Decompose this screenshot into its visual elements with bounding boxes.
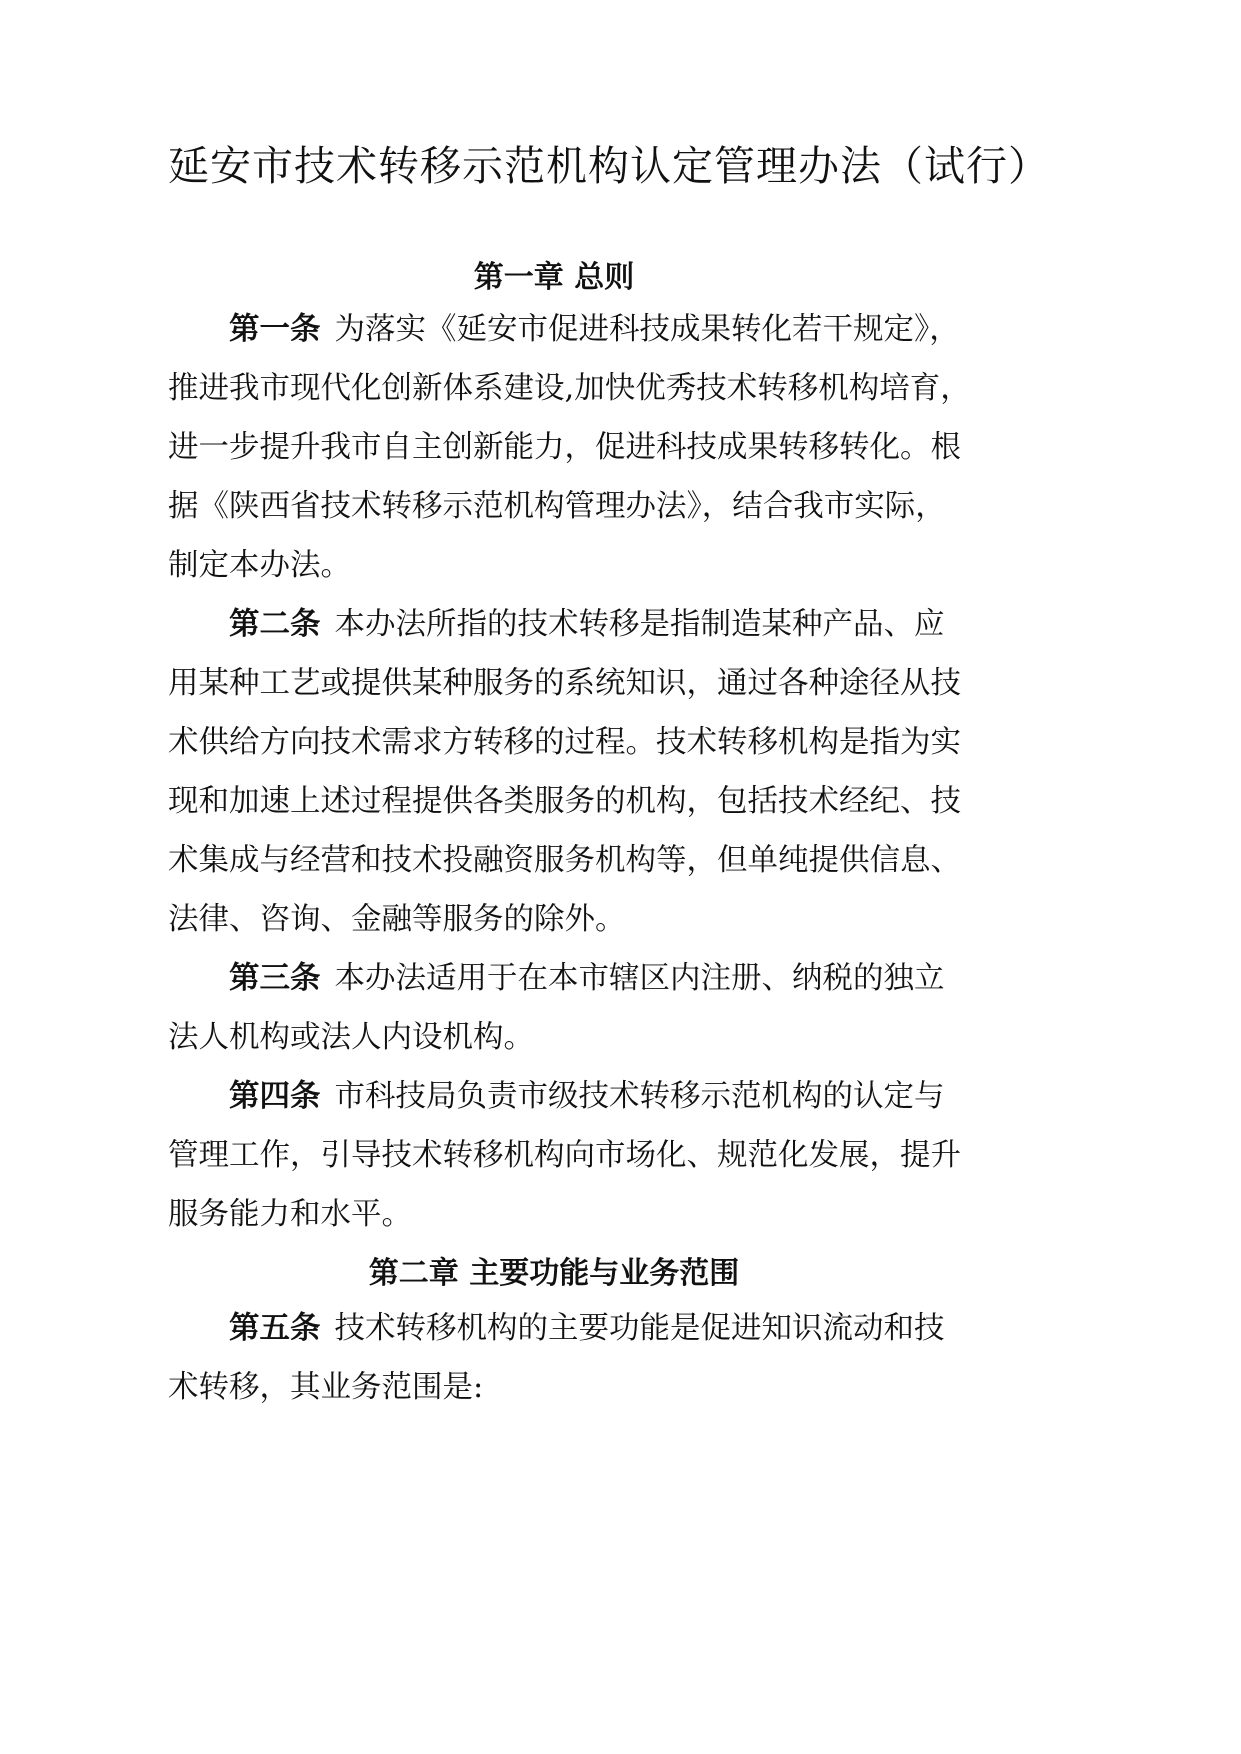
article-label: 第二条 [229, 607, 321, 642]
article-first-line: 第五条技术转移机构的主要功能是促进知识流动和技 [229, 1309, 940, 1349]
article-text: 本办法所指的技术转移是指制造某种产品、应 [335, 607, 945, 642]
article-line: 制定本办法。 [168, 546, 940, 586]
document-title: 延安市技术转移示范机构认定管理办法（试行） [168, 138, 948, 194]
article-first-line: 第一条为落实《延安市促进科技成果转化若干规定》， [229, 310, 940, 350]
article-line: 术转移，其业务范围是: [168, 1368, 940, 1408]
article-text: 市科技局负责市级技术转移示范机构的认定与 [335, 1079, 945, 1114]
chapter-heading: 第二章 主要功能与业务范围 [168, 1254, 940, 1294]
article-label: 第三条 [229, 961, 321, 996]
article-line: 法人机构或法人内设机构。 [168, 1018, 940, 1058]
article-first-line: 第四条市科技局负责市级技术转移示范机构的认定与 [229, 1077, 940, 1117]
chapter-heading: 第一章 总则 [168, 258, 940, 298]
article-line: 服务能力和水平。 [168, 1195, 940, 1235]
article-line: 推进我市现代化创新体系建设,加快优秀技术转移机构培育， [168, 369, 940, 409]
article-text: 为落实《延安市促进科技成果转化若干规定》， [335, 312, 960, 347]
article-line: 现和加速上述过程提供各类服务的机构，包括技术经纪、技 [168, 782, 940, 822]
article-label: 第一条 [229, 312, 321, 347]
article-label: 第四条 [229, 1079, 321, 1114]
article-label: 第五条 [229, 1311, 321, 1346]
article-text: 技术转移机构的主要功能是促进知识流动和技 [335, 1311, 945, 1346]
article-line: 法律、咨询、金融等服务的除外。 [168, 900, 940, 940]
article-line: 进一步提升我市自主创新能力，促进科技成果转移转化。根 [168, 428, 940, 468]
article-line: 术供给方向技术需求方转移的过程。技术转移机构是指为实 [168, 723, 940, 763]
article-first-line: 第三条本办法适用于在本市辖区内注册、纳税的独立 [229, 959, 940, 999]
document-page: 延安市技术转移示范机构认定管理办法（试行） 第一章 总则 第一条为落实《延安市促… [0, 0, 1241, 1754]
article-line: 据《陕西省技术转移示范机构管理办法》，结合我市实际， [168, 487, 940, 527]
article-line: 用某种工艺或提供某种服务的系统知识，通过各种途径从技 [168, 664, 940, 704]
article-line: 管理工作，引导技术转移机构向市场化、规范化发展，提升 [168, 1136, 940, 1176]
article-line: 术集成与经营和技术投融资服务机构等，但单纯提供信息、 [168, 841, 940, 881]
article-first-line: 第二条本办法所指的技术转移是指制造某种产品、应 [229, 605, 940, 645]
article-text: 本办法适用于在本市辖区内注册、纳税的独立 [335, 961, 945, 996]
